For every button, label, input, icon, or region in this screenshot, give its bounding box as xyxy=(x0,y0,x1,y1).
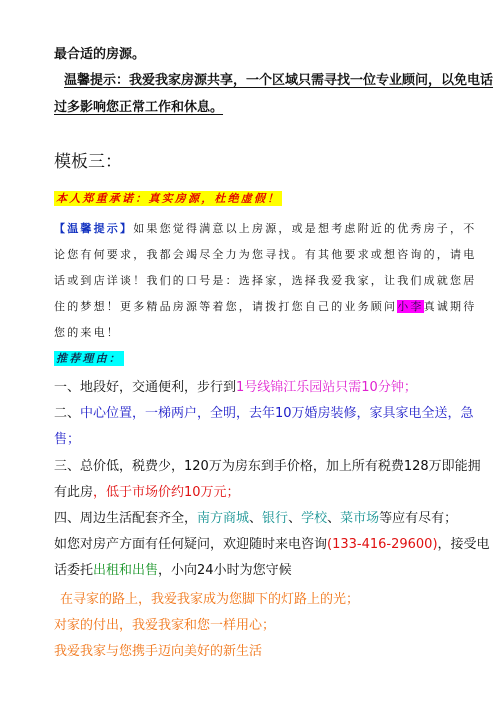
reason-highlight: ，低于市场价约10万元； xyxy=(93,485,240,500)
phone-number: (133-416-29600) xyxy=(327,537,438,552)
reason-text: 等应有尽有； xyxy=(379,511,457,526)
tip-line-2: 过多影响您正常工作和休息。 xyxy=(54,100,223,116)
warm-tip-line-1: 【温馨提示】如果您觉得满意以上房源，或是想考虑附近的优秀房子，不 xyxy=(54,221,476,237)
contact-text: ，接受电 xyxy=(438,537,490,552)
reason-1: 一、地段好，交通便利，步行到1号线锦江乐园站只需10分钟； xyxy=(54,380,417,396)
reason-3-cont: 有此房，低于市场价约10万元； xyxy=(54,485,240,501)
promise-banner: 本人郑重承诺：真实房源，杜绝虚假！ xyxy=(54,191,282,207)
reason-2-cont: 售； xyxy=(54,432,80,448)
warm-tip-label: 【温馨提示】 xyxy=(54,222,133,235)
reason-text: 二、 xyxy=(54,406,80,421)
reason-highlight: 中心位置，一梯两户，全明，去年10万婚房装修，家具家电全送，急 xyxy=(80,406,474,421)
separator: 、 xyxy=(249,511,262,526)
warm-tip-text: 住的梦想！更多精品房源等着您，请拨打您自己的业务顾问 xyxy=(54,300,397,313)
service-type: 出租和出售 xyxy=(93,563,158,578)
contact-text: 如您对房产方面有任何疑问，欢迎随时来电咨询 xyxy=(54,537,327,552)
reason-4: 四、周边生活配套齐全，南方商城、银行、学校、菜市场等应有尽有； xyxy=(54,511,457,527)
reasons-label: 推荐理由： xyxy=(54,351,124,366)
reason-2: 二、中心位置，一梯两户，全明，去年10万婚房装修，家具家电全送，急 xyxy=(54,406,474,422)
warm-tip-line-5: 您的来电！ xyxy=(54,325,120,341)
reasons-label-row: 推荐理由： xyxy=(54,351,124,367)
reason-text: 有此房 xyxy=(54,485,93,500)
closing-line-3: 我爱我家与您携手迈向美好的新生活 xyxy=(54,644,262,660)
reason-text: 四、周边生活配套齐全， xyxy=(54,511,197,526)
template-heading: 模板三： xyxy=(54,154,122,170)
closing-line-2: 对家的付出，我爱我家和您一样用心； xyxy=(54,618,275,634)
reason-3: 三、总价低，税费少，120万为房东到手价格，加上所有税费128万即能拥 xyxy=(54,459,481,475)
amenity: 银行 xyxy=(262,511,288,526)
warm-tip-line-4: 住的梦想！更多精品房源等着您，请拨打您自己的业务顾问小李真诚期待 xyxy=(54,299,476,315)
agent-name: 小李 xyxy=(397,300,423,313)
reason-highlight: 1号线锦江乐园站只需10分钟； xyxy=(236,380,417,395)
reason-text: 一、地段好，交通便利，步行到 xyxy=(54,380,236,395)
contact-line-2: 话委托出租和出售，小向24小时为您守候 xyxy=(54,563,292,579)
separator: 、 xyxy=(327,511,340,526)
promise-text: 本人郑重承诺：真实房源，杜绝虚假！ xyxy=(54,191,282,206)
amenity: 南方商城 xyxy=(197,511,249,526)
contact-text: ，小向24小时为您守候 xyxy=(158,563,292,578)
contact-line-1: 如您对房产方面有任何疑问，欢迎随时来电咨询(133-416-29600)，接受电 xyxy=(54,537,490,553)
closing-line-1: 在寻家的路上，我爱我家成为您脚下的灯路上的光； xyxy=(60,592,359,608)
warm-tip-text: 真诚期待 xyxy=(424,300,477,313)
tip-line-1: 温馨提示：我爱我家房源共享，一个区域只需寻找一位专业顾问，以免电话 xyxy=(64,73,493,89)
amenity: 学校 xyxy=(301,511,327,526)
contact-text: 话委托 xyxy=(54,563,93,578)
warm-tip-text: 如果您觉得满意以上房源，或是想考虑附近的优秀房子，不 xyxy=(133,222,476,235)
separator: 、 xyxy=(288,511,301,526)
warm-tip-line-2: 论您有何要求，我都会竭尽全力为您寻找。有其他要求或想咨询的，请电 xyxy=(54,247,476,263)
intro-line: 最合适的房源。 xyxy=(54,47,145,63)
amenity: 菜市场 xyxy=(340,511,379,526)
warm-tip-line-3: 话或到店详谈！我们的口号是：选择家，选择我爱我家，让我们成就您居 xyxy=(54,273,476,289)
